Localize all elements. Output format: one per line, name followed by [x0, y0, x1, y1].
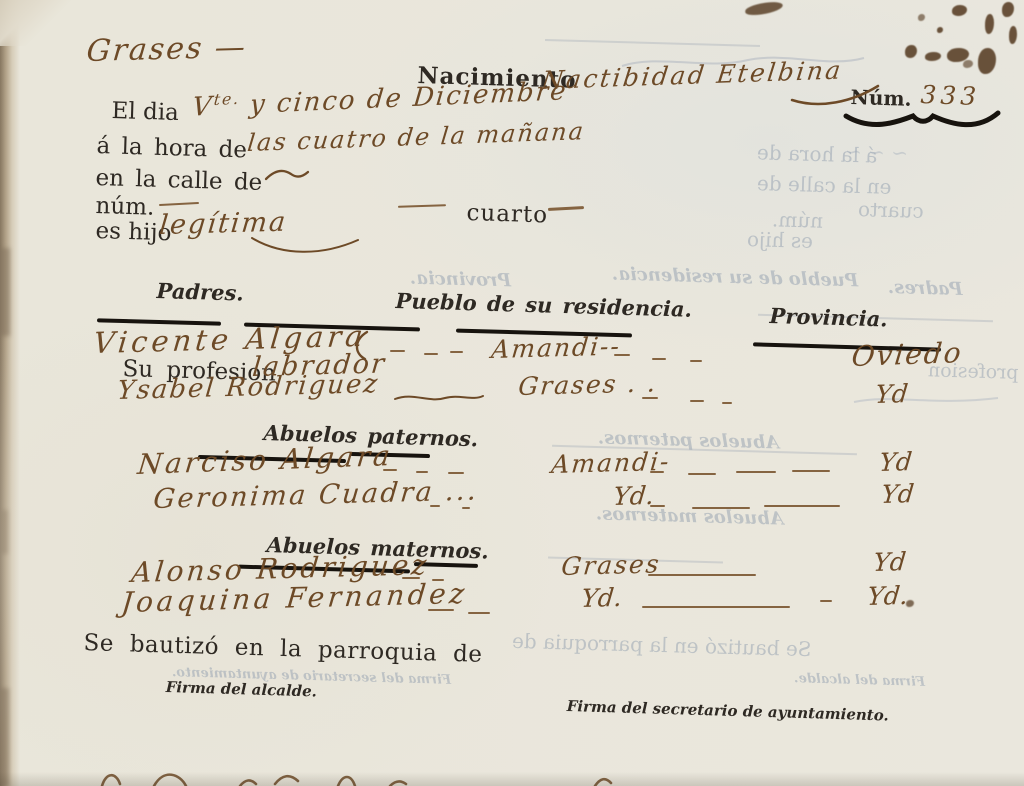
document-page: á la hora de ~ ~ ~ en la calle de cuarto…	[0, 0, 1024, 786]
ink-dot	[906, 600, 914, 607]
ink-blot	[925, 52, 941, 61]
binding-smudge	[0, 248, 10, 336]
bleed-baptism-label: Se bautizó en la parroquia de	[512, 629, 812, 661]
room-label: cuarto	[466, 200, 548, 228]
bleed-pueblo-header: Pueblo de su residencia.	[612, 264, 859, 292]
ink-blot	[1009, 26, 1017, 44]
mother-pueblo: Grases . .	[517, 368, 659, 401]
father-pueblo: Amandi--	[490, 332, 622, 364]
ink-blot	[985, 14, 994, 34]
paternal-grandfather-provincia: Yd	[878, 447, 913, 477]
bleed-street-label: en la calle de	[757, 171, 892, 199]
mother-name: Ysabel Rodriguez	[116, 369, 381, 406]
name-flourish	[790, 82, 882, 108]
binding-smudge	[0, 688, 9, 786]
mother-provincia: Yd	[874, 379, 909, 409]
child-value-flourish	[250, 234, 362, 256]
paternal-grandmother-provincia: Yd	[880, 479, 915, 509]
bleed-alcalde-label: Firma del alcalde.	[794, 671, 925, 690]
hour-label: á la hora de	[96, 133, 247, 163]
number-label: núm.	[95, 193, 154, 221]
bleed-room-label: cuarto	[858, 197, 924, 223]
ink-blot	[905, 45, 917, 58]
secretary-signature-label: Firma del secretario de ayuntamiento.	[566, 697, 889, 725]
maternal-grandmother-pueblo: Yd.	[580, 583, 623, 613]
paternal-grandmother-name: Geronima Cuadra ...	[152, 475, 480, 515]
ink-blot	[937, 27, 943, 33]
hour-value: las cuatro de la mañana	[246, 117, 586, 157]
margin-note: Grases —	[85, 30, 249, 69]
ink-blot	[952, 5, 967, 16]
ink-blot	[963, 60, 973, 68]
paternal-grandfather-name: Narciso Algara	[136, 439, 395, 481]
torn-corner	[0, 0, 72, 46]
father-provincia: Oviedo	[850, 336, 965, 373]
binding-smudge	[2, 510, 8, 554]
maternal-grandfather-pueblo: Grases	[560, 549, 662, 581]
maternal-grandmother-provincia: Yd.	[866, 581, 909, 611]
bleed-padres-header: Padres.	[888, 277, 963, 300]
day-label: El dia	[111, 98, 179, 126]
paternal-grandmother-pueblo: Yd.	[612, 481, 655, 511]
street-mark	[264, 166, 310, 184]
paternal-grandfather-pueblo: Amandi-	[550, 447, 672, 479]
ink-smear	[744, 0, 783, 16]
day-value: Vte. y cinco de Diciembre	[191, 75, 569, 122]
mayor-signature-label: Firma del alcalde.	[165, 678, 317, 700]
column-header-pueblo: Pueblo de su residencia.	[395, 288, 692, 322]
hand-wave	[393, 390, 485, 406]
baptism-label: Se bautizó en la parroquia de	[83, 630, 483, 668]
bleed-child-label: es hijo	[747, 227, 814, 253]
record-number-value: 333	[920, 80, 981, 111]
street-label: en la calle de	[95, 165, 262, 196]
bleed-provincia-header: Provincia.	[410, 268, 512, 292]
column-header-provincia: Provincia.	[769, 303, 888, 331]
ink-blot	[1002, 2, 1014, 17]
maternal-grandfather-provincia: Yd	[872, 547, 907, 577]
column-header-padres: Padres.	[156, 278, 244, 306]
ink-blot	[918, 14, 925, 21]
ink-blot	[978, 48, 996, 74]
bottom-cut-strokes	[90, 766, 630, 786]
